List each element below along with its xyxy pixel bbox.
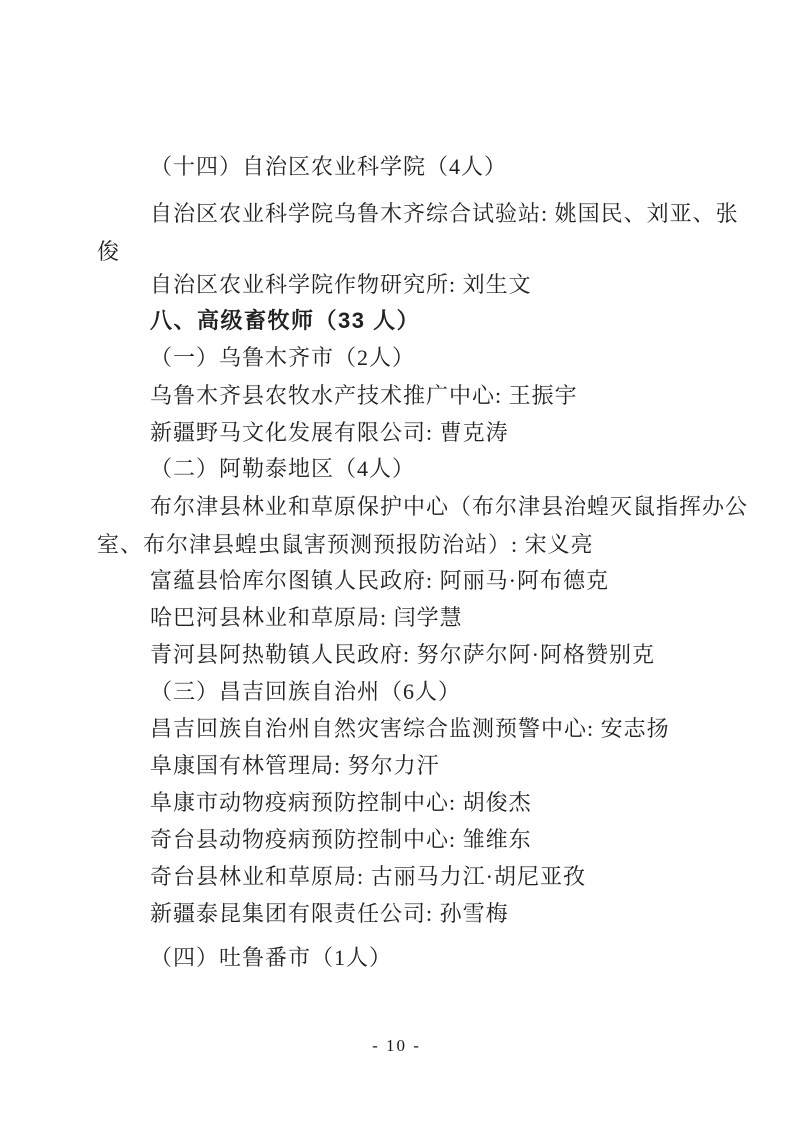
- continuation-line: 俊: [97, 237, 733, 267]
- entry-line: 哈巴河县林业和草原局: 闫学慧: [97, 603, 733, 633]
- entry-line: 自治区农业科学院作物研究所: 刘生文: [97, 270, 733, 300]
- subsection-heading-line: （三）昌吉回族自治州（6人）: [97, 677, 733, 707]
- entry-line: 奇台县林业和草原局: 古丽马力江·胡尼亚孜: [97, 862, 733, 892]
- entry-line: 青河县阿热勒镇人民政府: 努尔萨尔阿·阿格赞别克: [97, 640, 733, 670]
- entry-line: 新疆泰昆集团有限责任公司: 孙雪梅: [97, 899, 733, 929]
- entry-line: 富蕴县恰库尔图镇人民政府: 阿丽马·阿布德克: [97, 566, 733, 596]
- page-number: - 10 -: [0, 1036, 793, 1056]
- subsection-heading-line: （四）吐鲁番市（1人）: [97, 943, 733, 973]
- section-heading-line: 八、高级畜牧师（33 人）: [97, 306, 733, 336]
- entry-line: 昌吉回族自治州自然灾害综合监测预警中心: 安志扬: [97, 714, 733, 744]
- entry-line: 新疆野马文化发展有限公司: 曹克涛: [97, 418, 733, 448]
- entry-line: 阜康国有林管理局: 努尔力汗: [97, 751, 733, 781]
- document-page: （十四）自治区农业科学院（4人） 自治区农业科学院乌鲁木齐综合试验站: 姚国民、…: [0, 0, 793, 1121]
- subsection-heading-line: （二）阿勒泰地区（4人）: [97, 454, 733, 484]
- entry-line: 奇台县动物疫病预防控制中心: 雏维东: [97, 825, 733, 855]
- subsection-heading-line: （一）乌鲁木齐市（2人）: [97, 343, 733, 373]
- entry-line: 自治区农业科学院乌鲁木齐综合试验站: 姚国民、刘亚、张: [97, 199, 733, 229]
- entry-line: 乌鲁木齐县农牧水产技术推广中心: 王振宇: [97, 381, 733, 411]
- entry-line: 阜康市动物疫病预防控制中心: 胡俊杰: [97, 788, 733, 818]
- entry-line: 布尔津县林业和草原保护中心（布尔津县治蝗灭鼠指挥办公: [97, 492, 733, 522]
- continuation-line: 室、布尔津县蝗虫鼠害预测预报防治站）: 宋义亮: [97, 530, 733, 560]
- subsection-heading-line: （十四）自治区农业科学院（4人）: [97, 152, 733, 182]
